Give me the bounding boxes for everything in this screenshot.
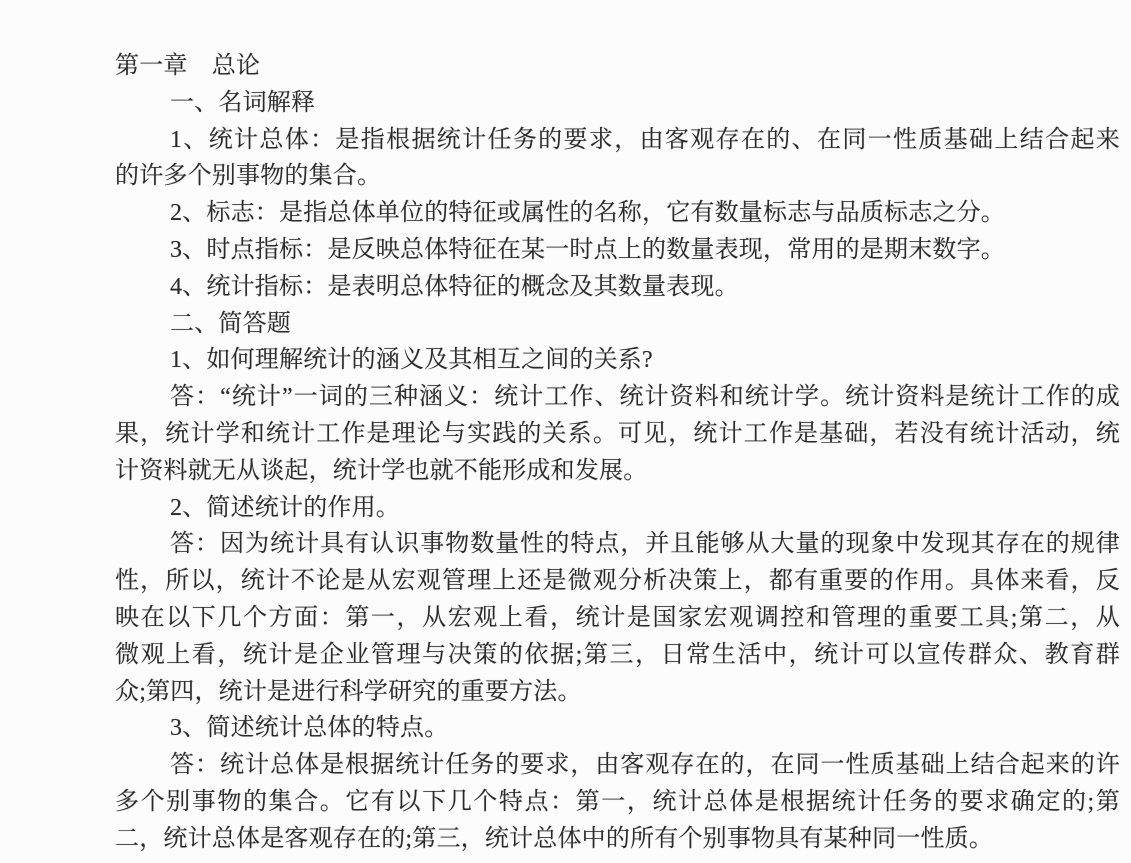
chapter-heading: 第一章 总论 <box>115 48 1120 85</box>
text-line: 映在以下几个方面：第一，从宏观上看，统计是国家宏观调控和管理的重要工具;第二，从 <box>115 600 1120 637</box>
text-column: 第一章 总论一、名词解释1、统计总体：是指根据统计任务的要求，由客观存在的、在同… <box>115 48 1120 858</box>
section-heading: 一、名词解释 <box>115 85 1120 122</box>
text-line: 众;第四，统计是进行科学研究的重要方法。 <box>115 674 1120 711</box>
text-line: 果，统计学和统计工作是理论与实践的关系。可见，统计工作是基础，若没有统计活动，统 <box>115 416 1120 453</box>
text-line: 2、简述统计的作用。 <box>115 490 1120 527</box>
text-line: 性，所以，统计不论是从宏观管理上还是微观分析决策上，都有重要的作用。具体来看，反 <box>115 563 1120 600</box>
section-heading: 二、简答题 <box>115 306 1120 343</box>
text-line: 微观上看，统计是企业管理与决策的依据;第三，日常生活中，统计可以宣传群众、教育群 <box>115 637 1120 674</box>
text-line: 4、统计指标：是表明总体特征的概念及其数量表现。 <box>115 269 1120 306</box>
text-line: 的许多个别事物的集合。 <box>115 158 1120 195</box>
text-line: 答：“统计”一词的三种涵义：统计工作、统计资料和统计学。统计资料是统计工作的成 <box>115 379 1120 416</box>
text-line: 3、时点指标：是反映总体特征在某一时点上的数量表现，常用的是期末数字。 <box>115 232 1120 269</box>
text-line: 2、标志：是指总体单位的特征或属性的名称，它有数量标志与品质标志之分。 <box>115 195 1120 232</box>
text-line: 答：因为统计具有认识事物数量性的特点，并且能够从大量的现象中发现其存在的规律 <box>115 526 1120 563</box>
text-line: 答：统计总体是根据统计任务的要求，由客观存在的，在同一性质基础上结合起来的许 <box>115 747 1120 784</box>
text-line: 多个别事物的集合。它有以下几个特点：第一，统计总体是根据统计任务的要求确定的;第 <box>115 784 1120 821</box>
text-line: 3、简述统计总体的特点。 <box>115 710 1120 747</box>
text-line: 计资料就无从谈起，统计学也就不能形成和发展。 <box>115 453 1120 490</box>
text-line: 二，统计总体是客观存在的;第三，统计总体中的所有个别事物具有某种同一性质。 <box>115 821 1120 858</box>
document-page: 第一章 总论一、名词解释1、统计总体：是指根据统计任务的要求，由客观存在的、在同… <box>0 0 1131 863</box>
text-line: 1、如何理解统计的涵义及其相互之间的关系? <box>115 342 1120 379</box>
text-line: 1、统计总体：是指根据统计任务的要求，由客观存在的、在同一性质基础上结合起来 <box>115 122 1120 159</box>
